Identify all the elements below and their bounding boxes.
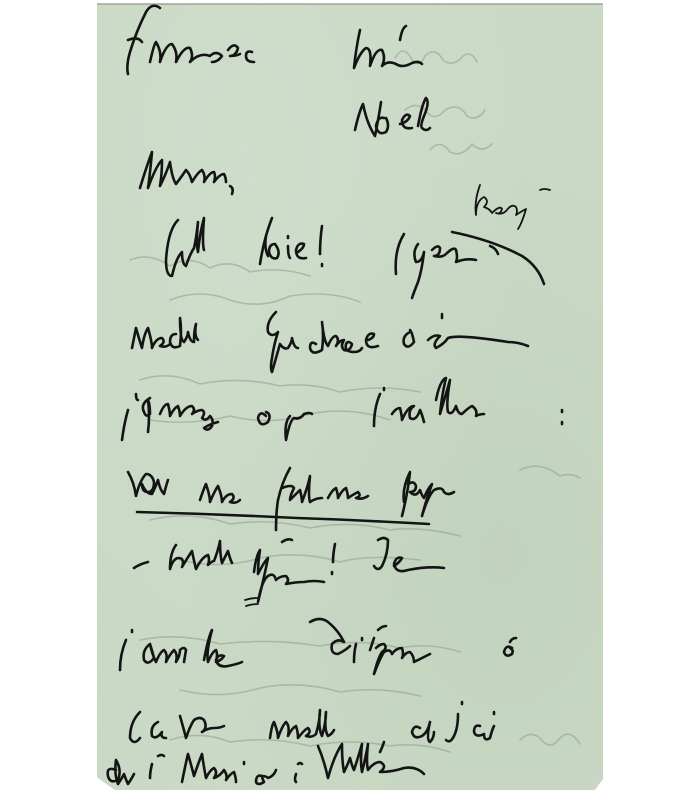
letter-line-5: me dit quelque chose de bbox=[130, 310, 550, 380]
letter-line-text: — Et cette préface ! Je bbox=[130, 540, 131, 541]
letter-line-text: dit à Marie et à Vuillermoz bbox=[105, 745, 106, 746]
letter-line-text: Envoi de toute bbox=[130, 30, 131, 31]
letter-line-text: Vous me faites une préface bbox=[125, 465, 126, 466]
letter-line-8: — Et cette préface ! Je bbox=[130, 540, 460, 610]
letter-line-text: la voir nouvelle, et j'ai bbox=[128, 700, 129, 701]
paper-top-edge-shadow bbox=[97, 3, 603, 5]
letter-line-3-salutation: Chers amis bbox=[135, 145, 245, 195]
letter-annotation-brea: Bréa bbox=[475, 180, 565, 220]
letter-line-1: Envoi de toute bbox=[130, 30, 430, 70]
letter-line-11: dit à Marie et à Vuillermoz bbox=[105, 745, 445, 787]
letter-line-4: Quelle joie ! Lazare bbox=[160, 215, 550, 290]
letter-line-text: Chers amis bbox=[135, 145, 136, 146]
letter-line-text: Noël bbox=[350, 95, 351, 96]
letter-line-2: Noël bbox=[350, 95, 440, 140]
letter-line-text: l'admire de l'épouser à bbox=[118, 620, 119, 621]
letter-line-7-underlined: Vous me faites une préface bbox=[125, 465, 465, 525]
letter-line-6: l'ouvrage qu'il vous a mis : bbox=[120, 385, 570, 445]
letter-line-9: l'admire de l'épouser à bbox=[118, 620, 528, 680]
letter-line-text: l'ouvrage qu'il vous a mis : bbox=[120, 385, 121, 386]
scan-stage: Envoi de toute Noël Chers amis Quelle jo… bbox=[0, 0, 700, 800]
letter-line-text: Bréa bbox=[475, 180, 476, 181]
letter-line-text: Quelle joie ! Lazare bbox=[160, 215, 161, 216]
letter-line-text: me dit quelque chose de bbox=[130, 310, 131, 311]
